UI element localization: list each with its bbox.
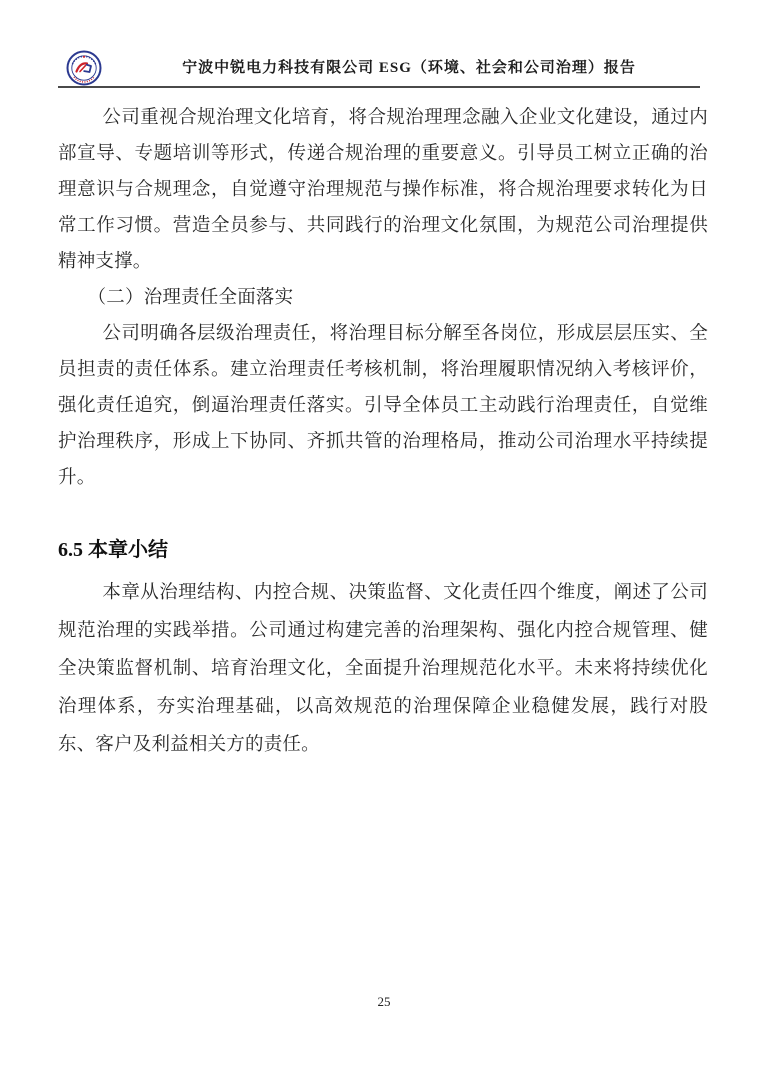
subsection-heading-responsibility: （二）治理责任全面落实 (58, 280, 708, 316)
paragraph-compliance-culture: 公司重视合规治理文化培育，将合规治理理念融入企业文化建设，通过内部宣导、专题培训… (58, 100, 708, 280)
company-seal-logo-icon (66, 50, 102, 86)
page-header: 宁波中锐电力科技有限公司 ESG（环境、社会和公司治理）报告 (58, 44, 700, 88)
report-header-title: 宁波中锐电力科技有限公司 ESG（环境、社会和公司治理）报告 (118, 56, 700, 77)
document-page: 宁波中锐电力科技有限公司 ESG（环境、社会和公司治理）报告 公司重视合规治理文… (0, 0, 768, 1086)
page-number: 25 (378, 994, 391, 1009)
paragraph-chapter-summary: 本章从治理结构、内控合规、决策监督、文化责任四个维度，阐述了公司规范治理的实践举… (58, 574, 708, 764)
page-footer: 25 (0, 994, 768, 1010)
document-body: 公司重视合规治理文化培育，将合规治理理念融入企业文化建设，通过内部宣导、专题培训… (58, 100, 708, 764)
paragraph-responsibility: 公司明确各层级治理责任，将治理目标分解至各岗位，形成层层压实、全员担责的责任体系… (58, 316, 708, 496)
section-heading-chapter-summary: 6.5 本章小结 (58, 536, 708, 564)
